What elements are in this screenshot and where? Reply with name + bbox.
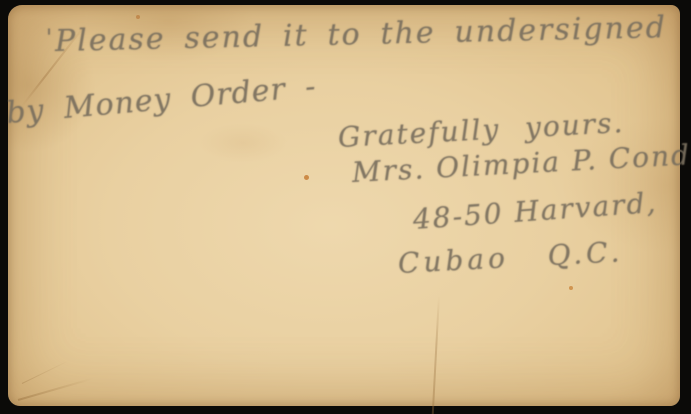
scanned-postcard: ' Please send it to the undersigned by M… — [0, 0, 691, 414]
handwriting-layer: ' Please send it to the undersigned by M… — [0, 0, 691, 414]
stray-pencil-mark: ' — [46, 26, 52, 51]
address-line-1: 48-50 Harvard, — [412, 186, 659, 236]
address-line-2: Cubao Q.C. — [397, 235, 624, 280]
message-line-2: by Money Order - — [5, 69, 318, 131]
message-line-1: Please send it to the undersigned — [55, 10, 668, 59]
